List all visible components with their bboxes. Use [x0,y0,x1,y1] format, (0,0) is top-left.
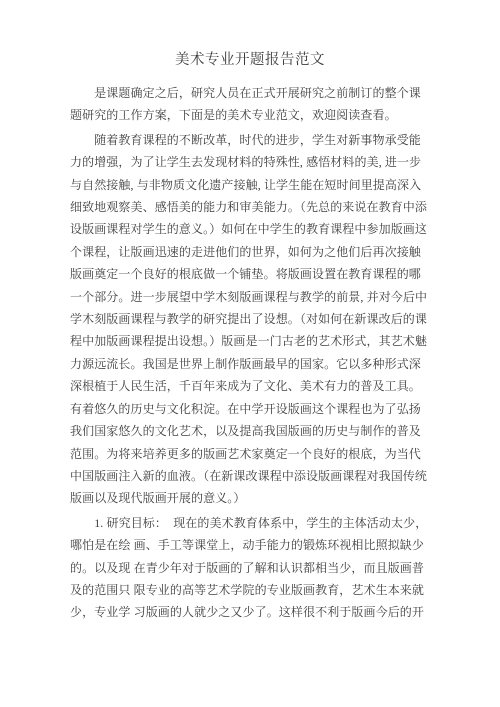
paragraph: 1. 研究目标： 现在的美术教育体系中，学生的主体活动太少，哪怕是在绘 画、手工… [70,512,430,624]
text-line: 一个部分。进一步展望中学木刻版画课程与教学的前景, 并对今后中 [70,286,430,308]
text-line: 设版画课程对学生的意义。）如何在中学生的教育课程中参加版画这 [70,218,430,240]
paragraph: 随着教育课程的不断改革，时代的进步，学生对新事物承受能力的增强，为了让学生去发现… [70,129,430,510]
paragraph: 是课题确定之后，研究人员在正式开展研究之前制订的整个课题研究的工作方案，下面是的… [70,82,430,127]
text-line: 与自然接触, 与非物质文化遗产接触, 让学生能在短时间里提高深入 [70,174,430,196]
text-line: 我们国家悠久的文化艺术，以及提高我国版画的历史与制作的普及 [70,420,430,442]
text-line: 的。以及现 在青少年对于版画的了解和认识都相当少，而且版画普 [70,557,430,579]
document-page: 美术专业开题报告范文 是课题确定之后，研究人员在正式开展研究之前制订的整个课题研… [0,0,500,707]
text-line: 学木刻版画课程与教学的研究提出了设想。（对如何在新课改后的课 [70,308,430,330]
text-line: 及的范围只 限专业的高等艺术学院的专业版画教育，艺术生本来就 [70,579,430,601]
text-line: 有着悠久的历史与文化积淀。在中学开设版画这个课程也为了弘扬 [70,398,430,420]
text-line: 随着教育课程的不断改革，时代的进步，学生对新事物承受能 [70,129,430,151]
text-line: 题研究的工作方案，下面是的美术专业范文，欢迎阅读查看。 [70,104,430,126]
text-line: 1. 研究目标： 现在的美术教育体系中，学生的主体活动太少， [70,512,430,534]
text-line: 力的增强，为了让学生去发现材料的特殊性, 感悟材料的美, 进一步 [70,151,430,173]
text-line: 哪怕是在绘 画、手工等课堂上，动手能力的锻炼环视相比照拟缺少 [70,534,430,556]
document-title: 美术专业开题报告范文 [70,49,430,71]
text-line: 版画以及现代版画开展的意义。） [70,487,430,509]
text-line: 力源远流长。我国是世界上制作版画最早的国家。它以多种形式深 [70,353,430,375]
text-line: 细致地观察美、感悟美的能力和审美能力。（先总的来说在教育中添 [70,196,430,218]
text-line: 个课程，让版画迅速的走进他们的世界，如何为之他们后再次接触 [70,241,430,263]
document-body: 是课题确定之后，研究人员在正式开展研究之前制订的整个课题研究的工作方案，下面是的… [70,82,430,624]
text-line: 是课题确定之后，研究人员在正式开展研究之前制订的整个课 [70,82,430,104]
text-line: 范围。为将来培养更多的版画艺术家奠定一个良好的根底，为当代 [70,443,430,465]
text-line: 程中加版画课程提出设想。）版画是一门古老的艺术形式，其艺术魅 [70,330,430,352]
text-line: 版画奠定一个良好的根底做一个铺垫。将版画设置在教育课程的哪 [70,263,430,285]
text-line: 少，专业学 习版画的人就少之又少了。这样很不利于版画今后的开 [70,601,430,623]
text-line: 中国版画注入新的血液。（在新课改课程中添设版画课程对我国传统 [70,465,430,487]
text-line: 深根植于人民生活，千百年来成为了文化、美术有力的普及工具。 [70,375,430,397]
